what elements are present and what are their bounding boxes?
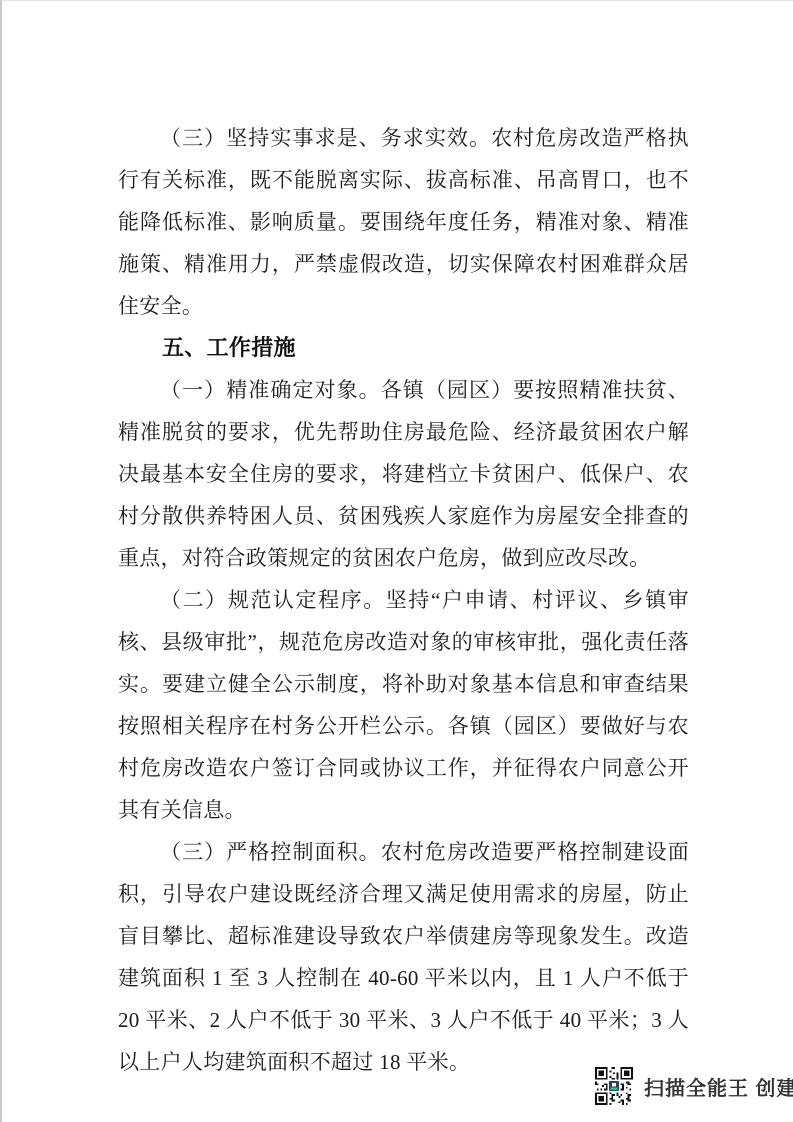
body-paragraph-3: （二）规范认定程序。坚持“户申请、村评议、乡镇审核、县级审批”，规范危房改造对象… [118,579,689,831]
watermark-text: 扫描全能王 创建 [644,1072,793,1101]
scanned-page: （三）坚持实事求是、务求实效。农村危房改造严格执行有关标准，既不能脱离实际、拔高… [0,0,793,1122]
qr-code-icon [595,1067,633,1105]
body-paragraph-2: （一）精准确定对象。各镇（园区）要按照精准扶贫、精准脱贫的要求，优先帮助住房最危… [118,369,689,579]
body-paragraph-4: （三）严格控制面积。农村危房改造要严格控制建设面积，引导农户建设既经济合理又满足… [118,831,689,1083]
camscanner-watermark: 扫描全能王 创建 [595,1067,793,1105]
document-body: （三）坚持实事求是、务求实效。农村危房改造严格执行有关标准，既不能脱离实际、拔高… [118,117,689,1083]
body-paragraph-1: （三）坚持实事求是、务求实效。农村危房改造严格执行有关标准，既不能脱离实际、拔高… [118,117,689,327]
section-heading: 五、工作措施 [118,327,689,369]
